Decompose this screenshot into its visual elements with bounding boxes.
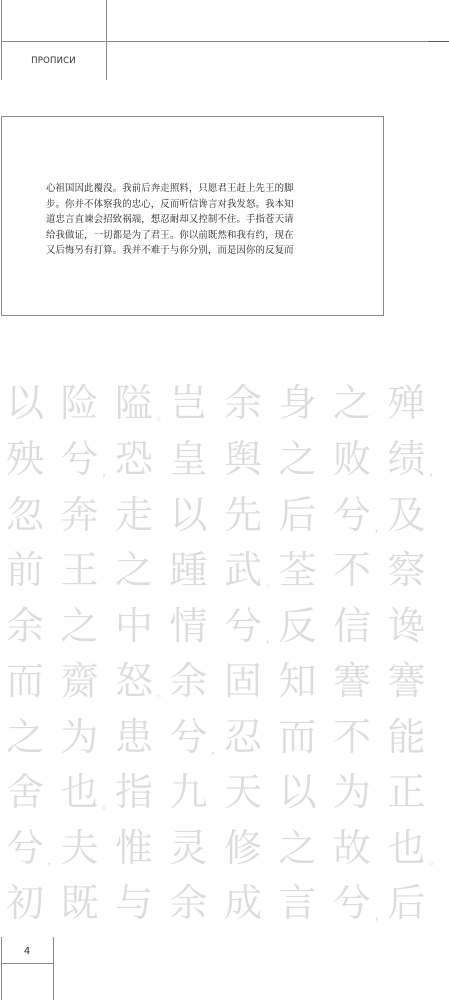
tracing-char: 忍 xyxy=(218,712,268,762)
tracing-char: 反 xyxy=(273,601,323,651)
translation-line: 道忠言直谏会招致祸端，想忍耐却又控制不住。手指苍天请 xyxy=(46,212,342,228)
tracing-char: 余 xyxy=(164,656,214,706)
tracing-char: 之 xyxy=(273,434,323,484)
tracing-char: 而 xyxy=(273,712,323,762)
tracing-char: 謇 xyxy=(327,656,377,706)
tracing-char: 殚 xyxy=(382,378,432,428)
tracing-char: 兮 xyxy=(327,490,377,540)
tracing-char: 王 xyxy=(55,545,105,595)
tracing-char: 先 xyxy=(218,490,268,540)
tracing-char: 绩 xyxy=(382,434,432,484)
tracing-char: 与 xyxy=(109,878,159,928)
tracing-char: 固 xyxy=(218,656,268,706)
tracing-char: 武 xyxy=(218,545,268,595)
tracing-char: 为 xyxy=(55,712,105,762)
tracing-char: 踵 xyxy=(164,545,214,595)
tracing-char: 恐 xyxy=(109,434,159,484)
tracing-row: 余之中情兮反信谗， xyxy=(4,601,449,657)
translation-text: 心祖国因此覆没。我前后奔走照料，只愿君王赶上先王的脚 步。你并不体察我的忠心，反… xyxy=(46,181,342,259)
tracing-char: 初 xyxy=(0,878,50,928)
tracing-char: 能 xyxy=(382,712,432,762)
translation-line: 给我做证，一切都是为了君王。你以前既然和我有约，现在 xyxy=(46,228,342,244)
tracing-char: 謇 xyxy=(382,656,432,706)
tracing-char: 之 xyxy=(55,601,105,651)
tracing-char: 岂 xyxy=(164,378,214,428)
tracing-char: 正 xyxy=(382,767,432,817)
tracing-punctuation: 。 xyxy=(157,408,167,422)
tracing-row: 兮夫惟灵修之故也，。 xyxy=(4,823,449,879)
tracing-char: 修 xyxy=(218,823,268,873)
tracing-char: 情 xyxy=(164,601,214,651)
tracing-char: 兮 xyxy=(218,601,268,651)
tracing-char: 前 xyxy=(0,545,50,595)
tracing-char: 知 xyxy=(273,656,323,706)
tracing-char: 中 xyxy=(109,601,159,651)
tracing-char: 兮 xyxy=(55,434,105,484)
tracing-row: 以险隘岂余身之殚。 xyxy=(4,378,449,434)
translation-line: 心祖国因此覆没。我前后奔走照料，只愿君王赶上先王的脚 xyxy=(46,181,342,197)
tracing-char: 察 xyxy=(382,545,432,595)
tracing-char: 灵 xyxy=(164,823,214,873)
tracing-punctuation: ， xyxy=(102,464,112,478)
tracing-char: 而 xyxy=(0,656,50,706)
tracing-char: 也 xyxy=(55,767,105,817)
header-frame-right-accent-line xyxy=(428,41,449,42)
tracing-char: 也 xyxy=(382,823,432,873)
tracing-char: 之 xyxy=(327,378,377,428)
tracing-row: 而齌怒余固知謇謇。 xyxy=(4,656,449,712)
tracing-char: 后 xyxy=(382,878,432,928)
tracing-punctuation: ， xyxy=(266,631,276,645)
tracing-char: 走 xyxy=(109,490,159,540)
tracing-char: 以 xyxy=(164,490,214,540)
tracing-char: 殃 xyxy=(0,434,50,484)
tracing-punctuation: 。 xyxy=(429,853,439,867)
tracing-char: 言 xyxy=(273,878,323,928)
tracing-char: 之 xyxy=(273,823,323,873)
tracing-char: 忽 xyxy=(0,490,50,540)
tracing-char: 怒 xyxy=(109,656,159,706)
tracing-char: 既 xyxy=(55,878,105,928)
tracing-char: 皇 xyxy=(164,434,214,484)
tracing-char: 谗 xyxy=(382,601,432,651)
tracing-punctuation: ， xyxy=(429,464,439,478)
tracing-char: 舍 xyxy=(0,767,50,817)
tracing-char: 余 xyxy=(0,601,50,651)
tracing-char: 九 xyxy=(164,767,214,817)
tracing-char: 后 xyxy=(273,490,323,540)
tracing-punctuation: ， xyxy=(375,908,385,922)
tracing-row: 舍也指九天以为正。 xyxy=(4,767,449,823)
tracing-char: 指 xyxy=(109,767,159,817)
footer-frame-horizontal-line xyxy=(1,963,54,964)
tracing-char: 奔 xyxy=(55,490,105,540)
tracing-char: 不 xyxy=(327,545,377,595)
translation-line: 又后悔另有打算。我并不难于与你分别，而是因你的反复而 xyxy=(46,243,342,259)
section-label: ПРОПИСИ xyxy=(1,42,106,80)
tracing-char: 之 xyxy=(109,545,159,595)
tracing-char: 败 xyxy=(327,434,377,484)
tracing-char: 及 xyxy=(382,490,432,540)
tracing-char: 兮 xyxy=(164,712,214,762)
page-number: 4 xyxy=(1,940,53,962)
tracing-char: 故 xyxy=(327,823,377,873)
tracing-practice-grid: 以险隘岂余身之殚。殃兮恐皇舆之败绩，，忽奔走以先后兮及，前王之踵武荃不察。余之中… xyxy=(4,378,449,934)
tracing-row: 忽奔走以先后兮及， xyxy=(4,490,449,546)
tracing-char: 成 xyxy=(218,878,268,928)
header-frame-divider-line xyxy=(106,0,107,80)
tracing-row: 殃兮恐皇舆之败绩，， xyxy=(4,434,449,490)
tracing-char: 惟 xyxy=(109,823,159,873)
tracing-punctuation: 。 xyxy=(266,575,276,589)
tracing-char: 舆 xyxy=(218,434,268,484)
tracing-punctuation: 。 xyxy=(102,797,112,811)
tracing-char: 兮 xyxy=(0,823,50,873)
tracing-char: 险 xyxy=(55,378,105,428)
tracing-char: 余 xyxy=(164,878,214,928)
tracing-punctuation: ， xyxy=(375,520,385,534)
tracing-char: 隘 xyxy=(109,378,159,428)
tracing-punctuation: ， xyxy=(211,742,221,756)
translation-line: 步。你并不体察我的忠心，反而听信谗言对我发怒。我本知 xyxy=(46,197,342,213)
footer-frame-right-line xyxy=(53,937,54,1000)
tracing-punctuation: 。 xyxy=(157,686,167,700)
tracing-char: 以 xyxy=(273,767,323,817)
tracing-char: 身 xyxy=(273,378,323,428)
tracing-char: 为 xyxy=(327,767,377,817)
tracing-char: 不 xyxy=(327,712,377,762)
tracing-punctuation: ， xyxy=(48,853,58,867)
tracing-row: 前王之踵武荃不察。 xyxy=(4,545,449,601)
tracing-char: 夫 xyxy=(55,823,105,873)
tracing-row: 之为患兮忍而不能， xyxy=(4,712,449,768)
tracing-row: 初既与余成言兮后， xyxy=(4,878,449,934)
tracing-char: 齌 xyxy=(55,656,105,706)
tracing-char: 兮 xyxy=(327,878,377,928)
tracing-char: 天 xyxy=(218,767,268,817)
tracing-char: 信 xyxy=(327,601,377,651)
tracing-char: 荃 xyxy=(273,545,323,595)
tracing-char: 患 xyxy=(109,712,159,762)
tracing-char: 以 xyxy=(0,378,50,428)
tracing-char: 余 xyxy=(218,378,268,428)
tracing-char: 之 xyxy=(0,712,50,762)
